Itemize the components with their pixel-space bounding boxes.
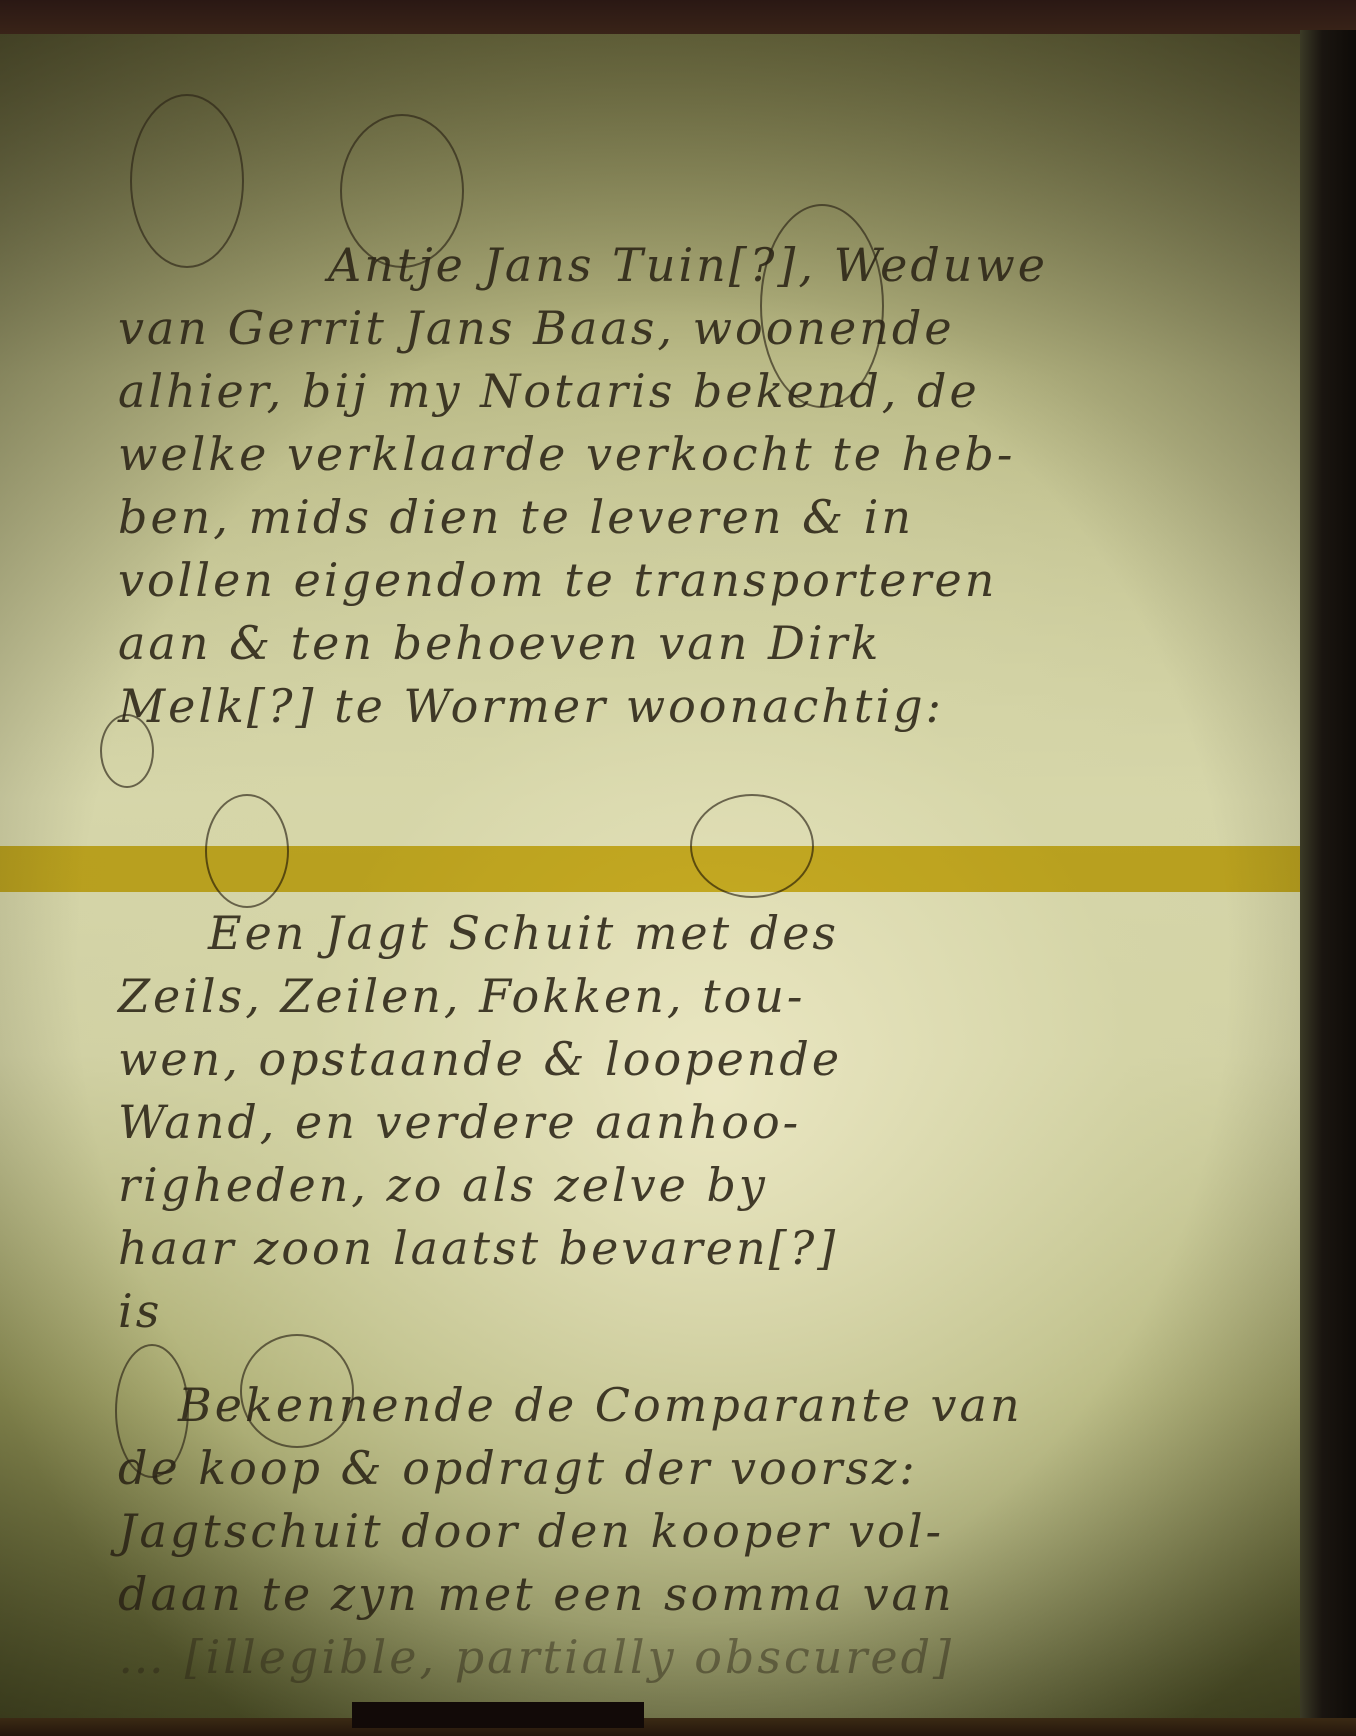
text-line: vollen eigendom te transporteren [118, 549, 1278, 612]
text-line: ben, mids dien te leveren & in [118, 486, 1278, 549]
highlight-band [0, 846, 1306, 892]
text-line: wen, opstaande & loopende [118, 1028, 958, 1091]
text-line: righeden, zo als zelve by [118, 1154, 958, 1217]
text-line: Melk[?] te Wormer woonachtig: [118, 675, 1278, 738]
text-line: Zeils, Zeilen, Fokken, tou- [118, 965, 958, 1028]
text-line: Wand, en verdere aanhoo- [118, 1091, 958, 1154]
bottom-border [0, 1718, 1356, 1736]
text-line: … [illegible, partially obscured] [118, 1626, 1278, 1689]
text-line: van Gerrit Jans Baas, woonende [118, 297, 1278, 360]
text-line: Een Jagt Schuit met des [118, 902, 958, 965]
paragraph-vessel-description: Een Jagt Schuit met des Zeils, Zeilen, F… [118, 902, 958, 1343]
paragraph-seller-declaration: Antje Jans Tuin[?], Weduwe van Gerrit Ja… [118, 234, 1278, 738]
text-line: Antje Jans Tuin[?], Weduwe [118, 234, 1278, 297]
text-line: is [118, 1280, 958, 1343]
right-border [1300, 30, 1356, 1736]
document-photo: Antje Jans Tuin[?], Weduwe van Gerrit Ja… [0, 0, 1356, 1736]
paper-page: Antje Jans Tuin[?], Weduwe van Gerrit Ja… [0, 34, 1306, 1736]
redaction-bar [352, 1702, 644, 1728]
text-line: Bekennende de Comparante van [118, 1374, 1278, 1437]
text-line: Jagtschuit door den kooper vol- [118, 1500, 1278, 1563]
top-border [0, 0, 1356, 36]
text-line: de koop & opdragt der voorsz: [118, 1437, 1278, 1500]
text-line: haar zoon laatst bevaren[?] [118, 1217, 958, 1280]
text-line: welke verklaarde verkocht te heb- [118, 423, 1278, 486]
paragraph-payment-acknowledgement: Bekennende de Comparante van de koop & o… [118, 1374, 1278, 1689]
text-line: alhier, bij my Notaris bekend, de [118, 360, 1278, 423]
text-line: aan & ten behoeven van Dirk [118, 612, 1278, 675]
text-line: daan te zyn met een somma van [118, 1563, 1278, 1626]
